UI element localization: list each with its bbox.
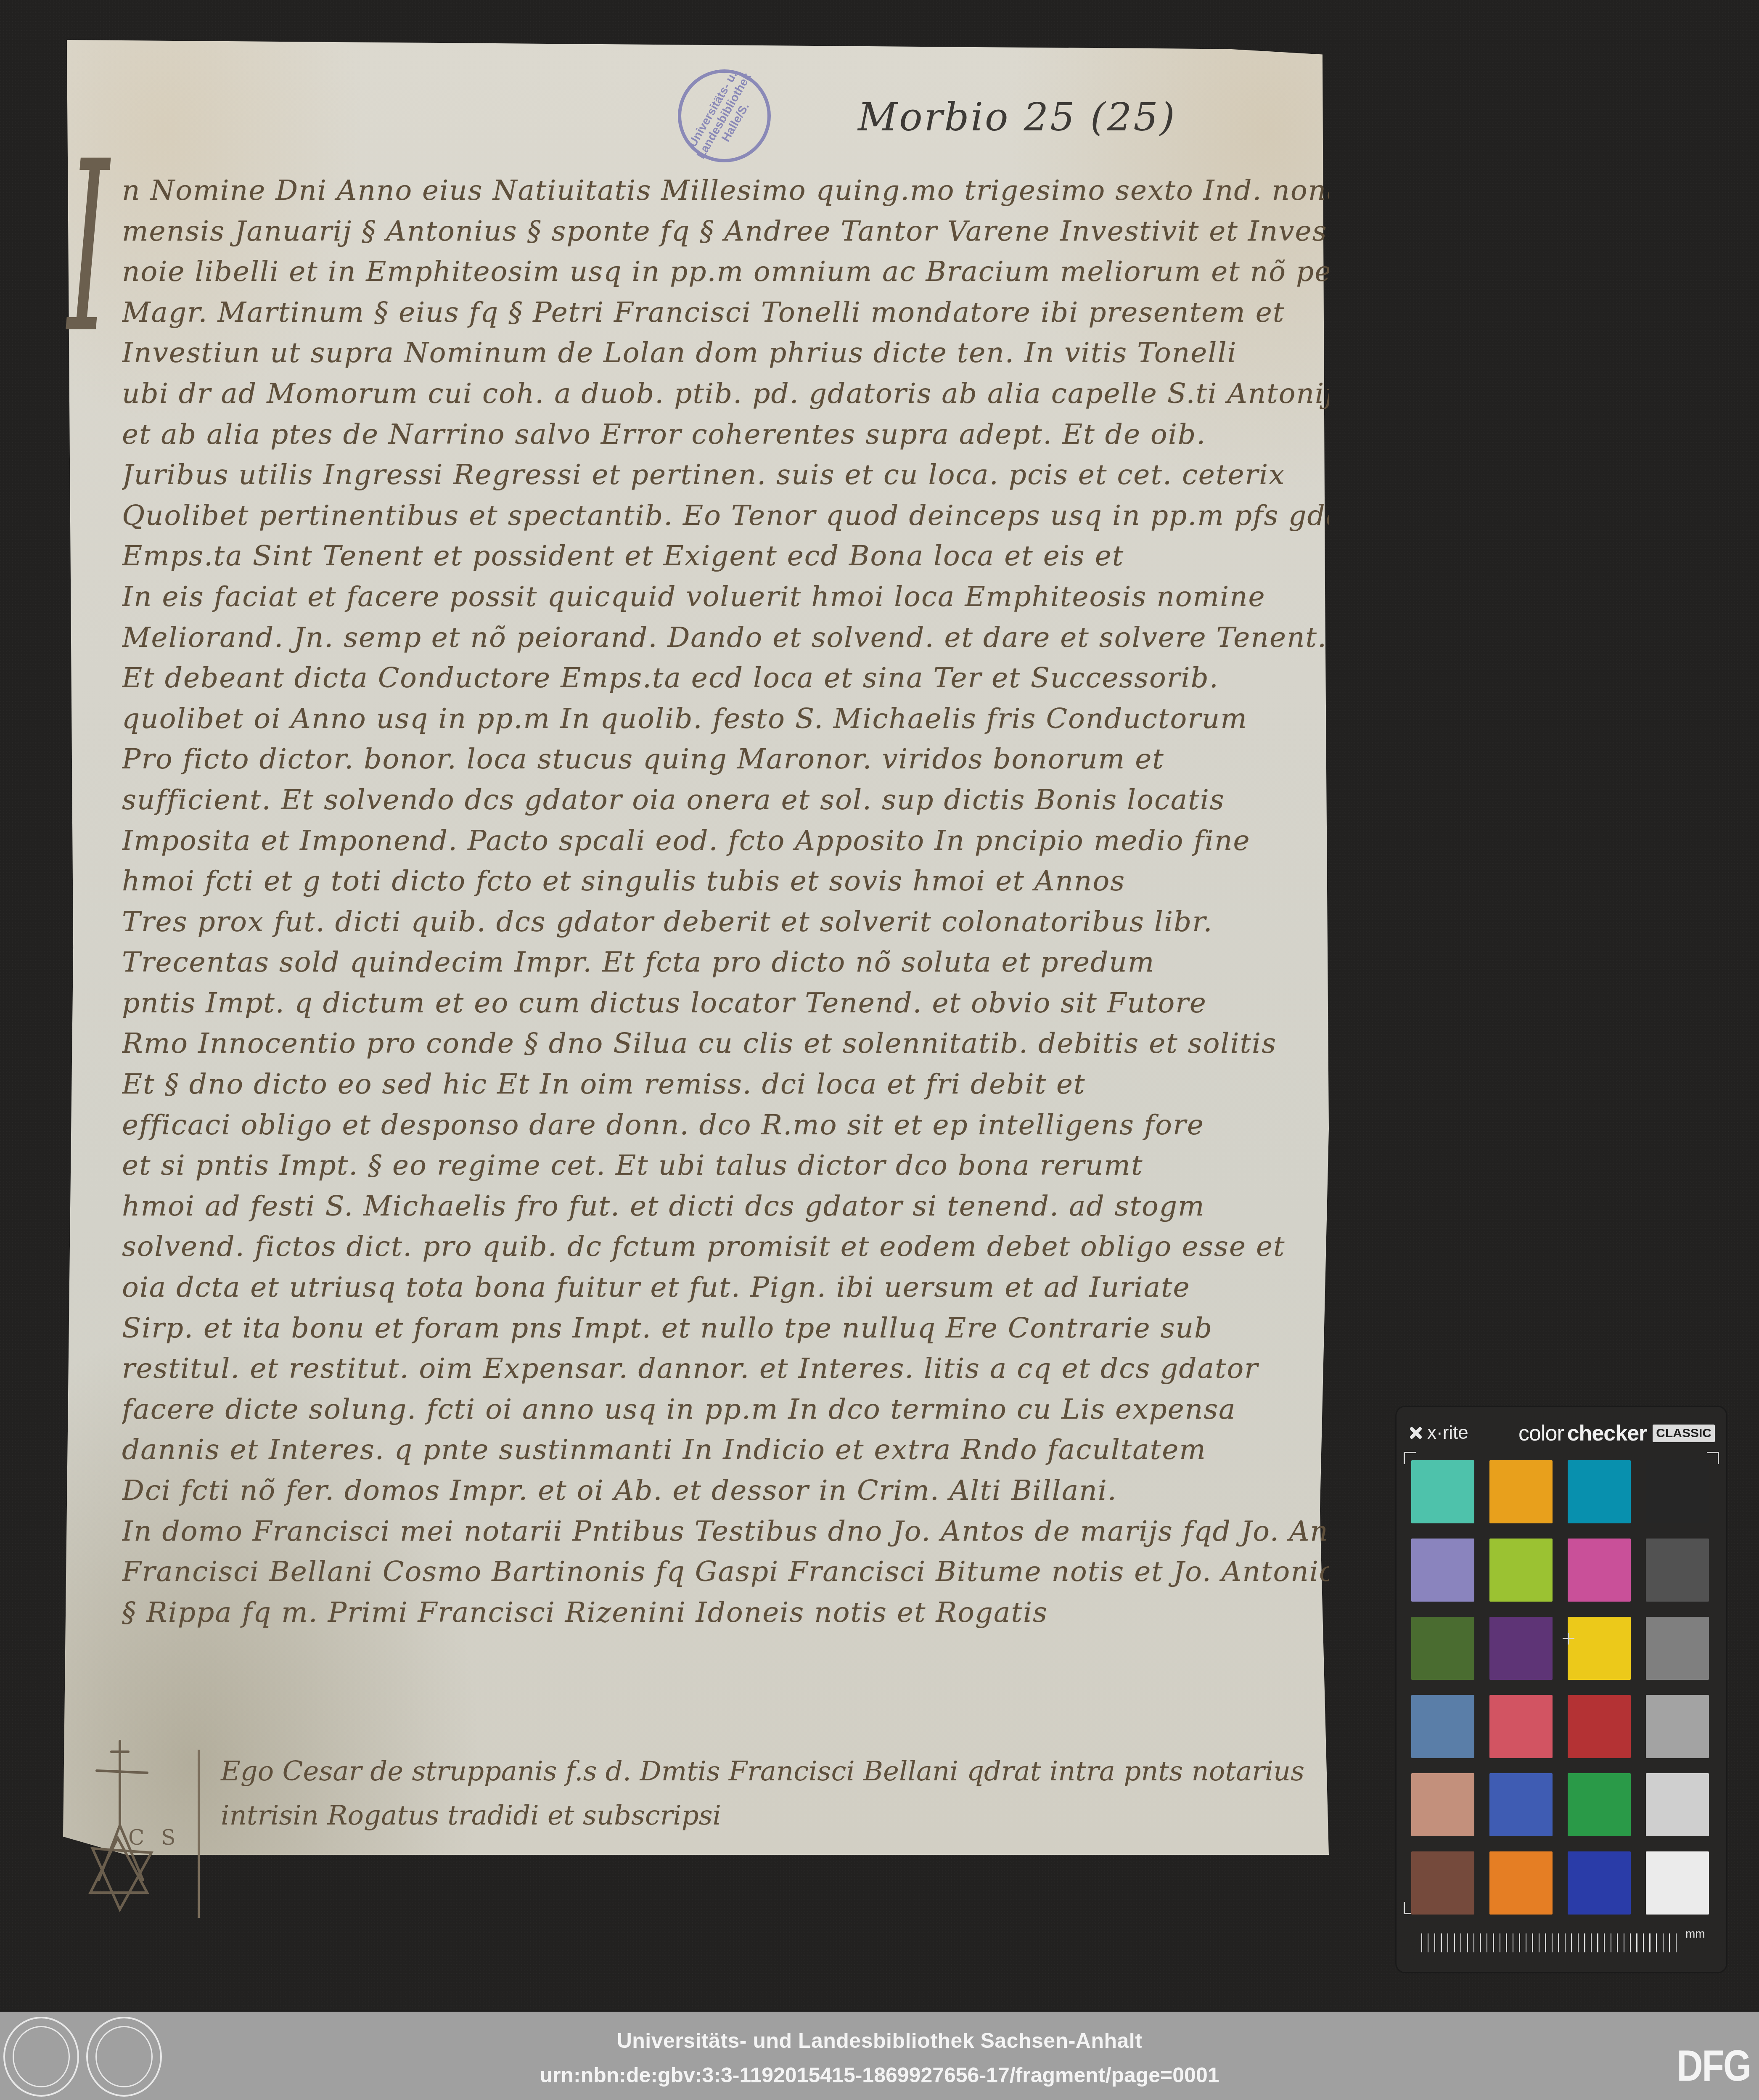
manuscript-line: Investiun ut supra Nominum de Lolan dom … <box>122 333 1329 373</box>
color-patch <box>1568 1617 1631 1680</box>
notary-initials: CS <box>128 1825 193 1850</box>
manuscript-line: Dci fcti nõ fer. domos Impr. et oi Ab. e… <box>122 1470 1329 1511</box>
color-patch <box>1489 1695 1553 1758</box>
manuscript-line: Sirp. et ita bonu et foram pns Impt. et … <box>122 1308 1329 1349</box>
manuscript-line: quolibet oi Anno usq in pp.m In quolib. … <box>122 699 1329 739</box>
manuscript-line: Tres prox fut. dicti quib. dcs gdator de… <box>122 902 1329 943</box>
color-patch <box>1411 1773 1474 1836</box>
manuscript-line: Rmo Innocentio pro conde § dno Silua cu … <box>122 1023 1329 1064</box>
color-patch <box>1646 1617 1709 1680</box>
manuscript-line: solvend. fictos dict. pro quib. dc fctum… <box>122 1226 1329 1267</box>
colorchecker-title: colorchecker CLASSIC <box>1518 1421 1715 1446</box>
decorated-initial: I <box>67 130 109 366</box>
manuscript-line: Francisci Bellani Cosmo Bartinonis fq Ga… <box>122 1552 1329 1592</box>
manuscript-line: hmoi ad festi S. Michaelis fro fut. et d… <box>122 1186 1329 1227</box>
manuscript-line: dannis et Interes. q pnte sustinmanti In… <box>122 1430 1329 1470</box>
color-patch <box>1568 1539 1631 1602</box>
manuscript-line: n Nomine Dni Anno eius Natiuitatis Mille… <box>122 170 1329 211</box>
manuscript-line: et si pntis Impt. § eo regime cet. Et ub… <box>122 1145 1329 1186</box>
manuscript-line: Et debeant dicta Conductore Emps.ta ecd … <box>122 658 1329 699</box>
manuscript-body: n Nomine Dni Anno eius Natiuitatis Mille… <box>122 170 1329 1633</box>
color-patch <box>1646 1851 1709 1915</box>
dfg-logo: DFG <box>1677 2041 1751 2091</box>
manuscript-line: sufficient. Et solvendo dcs gdator oia o… <box>122 780 1329 821</box>
library-stamp: Universitäts- u. Landesbibliothek Halle/… <box>678 69 771 162</box>
color-patch <box>1646 1539 1709 1602</box>
manuscript-line: pntis Impt. q dictum et eo cum dictus lo… <box>122 983 1329 1024</box>
manuscript-line: Pro ficto dictor. bonor. loca stucus qui… <box>122 739 1329 780</box>
crosshair-icon <box>1563 1633 1574 1645</box>
color-patch <box>1646 1695 1709 1758</box>
notary-subscription: Ego Cesar de struppanis f.s d. Dmtis Fra… <box>221 1750 1356 1838</box>
color-patch <box>1489 1851 1553 1915</box>
library-stamp-text: Universitäts- u. Landesbibliothek Halle/… <box>683 64 765 168</box>
color-patch <box>1411 1539 1474 1602</box>
color-patch <box>1411 1460 1474 1523</box>
color-patch <box>1568 1773 1631 1836</box>
color-checker-target: x·rite colorchecker CLASSIC mm <box>1395 1406 1727 1973</box>
color-patch <box>1646 1460 1709 1523</box>
color-patch <box>1411 1617 1474 1680</box>
color-patch <box>1646 1773 1709 1836</box>
color-patch <box>1489 1460 1553 1523</box>
color-patch <box>1411 1851 1474 1915</box>
shelfmark: Morbio 25 (25) <box>858 95 1177 140</box>
xrite-logo-icon <box>1408 1425 1423 1441</box>
manuscript-line: Imposita et Imponend. Pacto spcali eod. … <box>122 821 1329 861</box>
manuscript-line: Juribus utilis Ingressi Regressi et pert… <box>122 455 1329 495</box>
institution-name: Universitäts- und Landesbibliothek Sachs… <box>0 2028 1759 2053</box>
manuscript-line: § Rippa fq m. Primi Francisci Rizenini I… <box>122 1592 1329 1633</box>
manuscript-line: In domo Francisci mei notarii Pntibus Te… <box>122 1511 1329 1552</box>
subscription-bracket <box>198 1750 200 1918</box>
color-patch <box>1489 1773 1553 1836</box>
color-patch <box>1489 1539 1553 1602</box>
urn-identifier: urn:nbn:de:gbv:3:3-1192015415-1869927656… <box>0 2063 1759 2087</box>
ruler-unit-label: mm <box>1685 1927 1705 1941</box>
manuscript-line: et ab alia ptes de Narrino salvo Error c… <box>122 414 1329 455</box>
manuscript-line: Quolibet pertinentibus et spectantib. Eo… <box>122 495 1329 536</box>
manuscript-line: Et § dno dicto eo sed hic Et In oim remi… <box>122 1064 1329 1105</box>
manuscript-line: hmoi fcti et g toti dicto fcto et singul… <box>122 861 1329 902</box>
library-footer: Universitäts- und Landesbibliothek Sachs… <box>0 2012 1759 2100</box>
subscription-line: intrisin Rogatus tradidi et subscripsi <box>221 1794 1356 1838</box>
color-patch-grid <box>1411 1460 1709 1915</box>
manuscript-line: Emps.ta Sint Tenent et possident et Exig… <box>122 536 1329 577</box>
manuscript-line: efficaci obligo et desponso dare donn. d… <box>122 1105 1329 1146</box>
manuscript-line: In eis faciat et facere possit quicquid … <box>122 577 1329 617</box>
manuscript-line: oia dcta et utriusq tota bona fuitur et … <box>122 1267 1329 1308</box>
manuscript-line: restitul. et restitut. oim Expensar. dan… <box>122 1348 1329 1389</box>
color-patch <box>1568 1851 1631 1915</box>
mm-ruler <box>1421 1933 1678 1952</box>
color-patch <box>1489 1617 1553 1680</box>
manuscript-line: Trecentas sold quindecim Impr. Et fcta p… <box>122 942 1329 983</box>
color-patch <box>1568 1695 1631 1758</box>
color-patch <box>1568 1460 1631 1523</box>
subscription-line: Ego Cesar de struppanis f.s d. Dmtis Fra… <box>221 1750 1356 1794</box>
manuscript-line: noie libelli et in Emphiteosim usq in pp… <box>122 252 1329 292</box>
manuscript-line: facere dicte solung. fcti oi anno usq in… <box>122 1389 1329 1430</box>
manuscript-line: Magr. Martinum § eius fq § Petri Francis… <box>122 292 1329 333</box>
color-patch <box>1411 1695 1474 1758</box>
xrite-brand: x·rite <box>1408 1422 1468 1443</box>
manuscript-line: ubi dr ad Momorum cui coh. a duob. ptib.… <box>122 373 1329 414</box>
classic-badge: CLASSIC <box>1653 1425 1715 1442</box>
manuscript-line: Meliorand. Jn. semp et nõ peiorand. Dand… <box>122 617 1329 658</box>
manuscript-line: mensis Januarij § Antonius § sponte fq §… <box>122 211 1329 252</box>
